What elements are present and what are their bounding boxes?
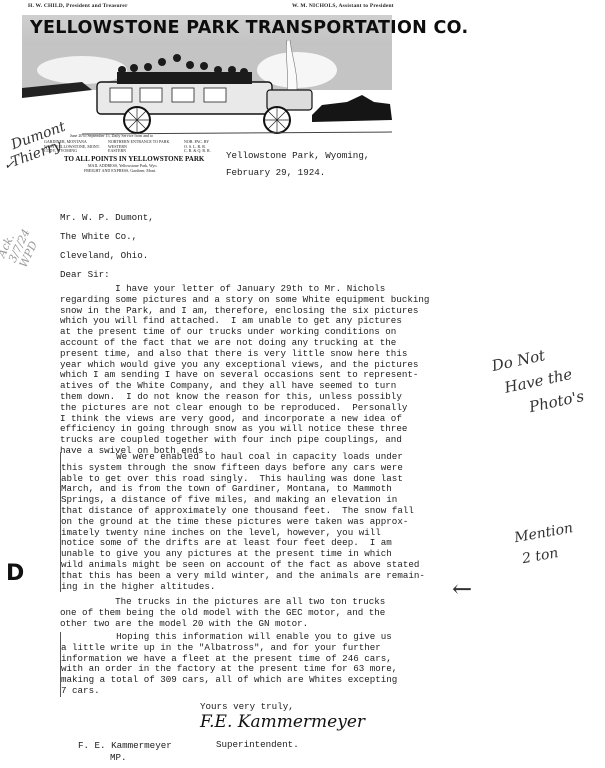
arrow-left-icon: ← — [452, 575, 472, 603]
entrance-railroad: C. B. & Q. R. R. — [184, 149, 211, 154]
to-all-points: TO ALL POINTS IN YELLOWSTONE PARK — [64, 155, 204, 163]
assistant-line: W. M. NICHOLS, Assistant to President — [292, 3, 394, 9]
signer-title: Superintendent. — [216, 740, 299, 751]
margin-ack-note: Ack. 3/7/24 WPD — [0, 222, 43, 269]
paragraph-3: The trucks in the pictures are all two t… — [60, 597, 385, 629]
entrances-table: GARDINER, MONTANANORTHERN ENTRANCE TO PA… — [44, 140, 234, 154]
paragraph-2: We were enabled to haul coal in capacity… — [60, 452, 425, 592]
signature: F.E. Kammermeyer — [200, 712, 365, 732]
check-mark-icon: ✓ — [4, 158, 15, 173]
body-line: making a total of 309 cars, all of which… — [61, 675, 397, 686]
body-line: present time, and also that there is ver… — [60, 349, 429, 360]
president-line: H. W. CHILD, President and Treasurer — [28, 3, 128, 9]
touring-car-illustration — [22, 40, 392, 135]
recipient-name: Mr. W. P. Dumont, — [60, 213, 154, 224]
note-no-photos: Do Not Have the Photo's — [489, 337, 586, 425]
service-line: June 20 to September 15, Daily Service f… — [70, 134, 153, 139]
body-line: on the ground at the time these pictures… — [61, 517, 425, 528]
body-line: this system through the snow fifteen day… — [61, 463, 425, 474]
body-line: one of them being the old model with the… — [60, 608, 385, 619]
body-line: regarding some pictures and a story on s… — [60, 295, 429, 306]
signer-initials: MP. — [110, 753, 127, 764]
recipient-company: The White Co., — [60, 232, 137, 243]
note-mention-2-ton: Mention 2 ton — [513, 517, 579, 571]
paragraph-4: Hoping this information will enable you … — [60, 632, 397, 697]
body-line: a little write up in the "Albatross", an… — [61, 643, 397, 654]
body-line: that this has been a very mild winter, a… — [61, 571, 425, 582]
body-line: other two are the model 20 with the GN m… — [60, 619, 385, 630]
entrance-type: EASTERN — [108, 149, 178, 154]
body-line: 7 cars. — [61, 686, 397, 697]
recipient-city: Cleveland, Ohio. — [60, 251, 148, 262]
signer-name: F. E. Kammermeyer — [78, 741, 172, 752]
freight-address: FREIGHT AND EXPRESS, Gardiner, Mont. — [84, 169, 156, 174]
salutation: Dear Sir: — [60, 270, 110, 281]
company-name: YELLOWSTONE PARK TRANSPORTATION CO. — [30, 18, 468, 38]
body-line: ing in the higher altitudes. — [61, 582, 425, 593]
margin-d-mark: D — [6, 561, 24, 586]
body-line: the pictures are not clear enough to be … — [60, 403, 429, 414]
paragraph-1: I have your letter of January 29th to Mr… — [60, 284, 429, 457]
letter-date: February 29, 1924. — [226, 168, 325, 179]
letter-place: Yellowstone Park, Wyoming, — [226, 151, 369, 162]
